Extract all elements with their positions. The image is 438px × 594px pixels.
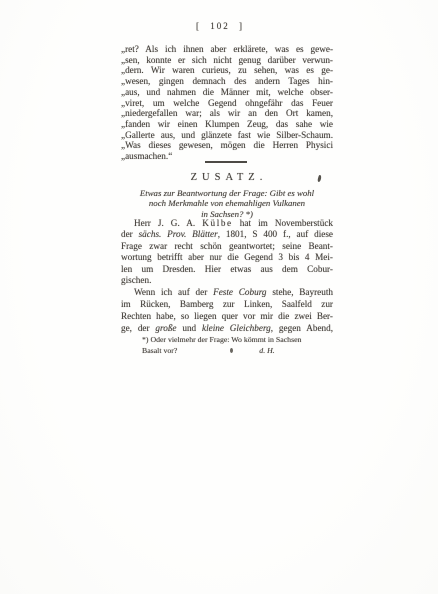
text-line: „Gallerte aus, und glänzete fast wie Sil… bbox=[121, 130, 333, 141]
text-line: „sen, konnte er sich nicht genug darüber… bbox=[121, 55, 333, 66]
text-line: Herr J. G. A. Külbe hat im Novemberstück bbox=[121, 218, 333, 229]
footnote: *) Oder vielmehr der Frage: Wo kömmt in … bbox=[142, 334, 310, 356]
paragraph-coburg: Wenn ich auf der Feste Coburg stehe, Bay… bbox=[121, 287, 333, 335]
text-line: der sächs. Prov. Blätter, 1801, S 400 f.… bbox=[121, 229, 333, 240]
footnote-ink-speck bbox=[230, 348, 233, 353]
text-line: gischen. bbox=[121, 275, 333, 286]
text-line: Etwas zur Beantwortung der Frage: Gibt e… bbox=[111, 188, 343, 198]
book-page-scan: [ 102 ] „ret? Als ich ihnen aber erkläre… bbox=[0, 0, 438, 594]
page-number: [ 102 ] bbox=[121, 21, 319, 31]
text-line: „niedergefallen war; als wir an den Ort … bbox=[121, 108, 333, 119]
text-line: „viret, um welche Gegend ohngefähr das F… bbox=[121, 98, 333, 109]
text-line: „fanden wir einen Klumpen Zeug, das sahe… bbox=[121, 119, 333, 130]
text-line: Wenn ich auf der Feste Coburg stehe, Bay… bbox=[121, 287, 333, 299]
text-line: im Rücken, Bamberg zur Linken, Saalfeld … bbox=[121, 299, 333, 311]
text-line: „aus, und nahmen die Männer mit, welche … bbox=[121, 87, 333, 98]
text-line: wortung betrifft aber nur die Gegend 3 b… bbox=[121, 252, 333, 263]
text-line: „Was dieses gewesen, mögen die Herren Ph… bbox=[121, 140, 333, 151]
quoted-paragraph: „ret? Als ich ihnen aber erklärete, was … bbox=[121, 44, 333, 162]
text-line: *) Oder vielmehr der Frage: Wo kömmt in … bbox=[142, 334, 310, 345]
text-line: „ret? Als ich ihnen aber erklärete, was … bbox=[121, 44, 333, 55]
section-heading: ZUSATZ. bbox=[121, 172, 337, 183]
section-subtitle: Etwas zur Beantwortung der Frage: Gibt e… bbox=[111, 188, 343, 219]
text-line: noch Merkmahle von ehemahligen Vulkanen bbox=[111, 198, 343, 208]
text-line: Rechten habe, so liegen quer vor mir die… bbox=[121, 311, 333, 323]
text-line: Frage zwar recht schön geantwortet; sein… bbox=[121, 241, 333, 252]
paragraph-kuelbe: Herr J. G. A. Külbe hat im Novemberstück… bbox=[121, 218, 333, 286]
text-line: Basalt vor?d. H. bbox=[142, 345, 310, 356]
text-line: ge, der große und kleine Gleichberg, geg… bbox=[121, 323, 333, 335]
text-line: len um Dresden. Hier etwas aus dem Cobur… bbox=[121, 264, 333, 275]
text-line: „wesen, gingen demnach des andern Tages … bbox=[121, 76, 333, 87]
text-line: „dern. Wir waren curieus, zu sehen, was … bbox=[121, 65, 333, 76]
section-divider-rule bbox=[205, 161, 247, 163]
